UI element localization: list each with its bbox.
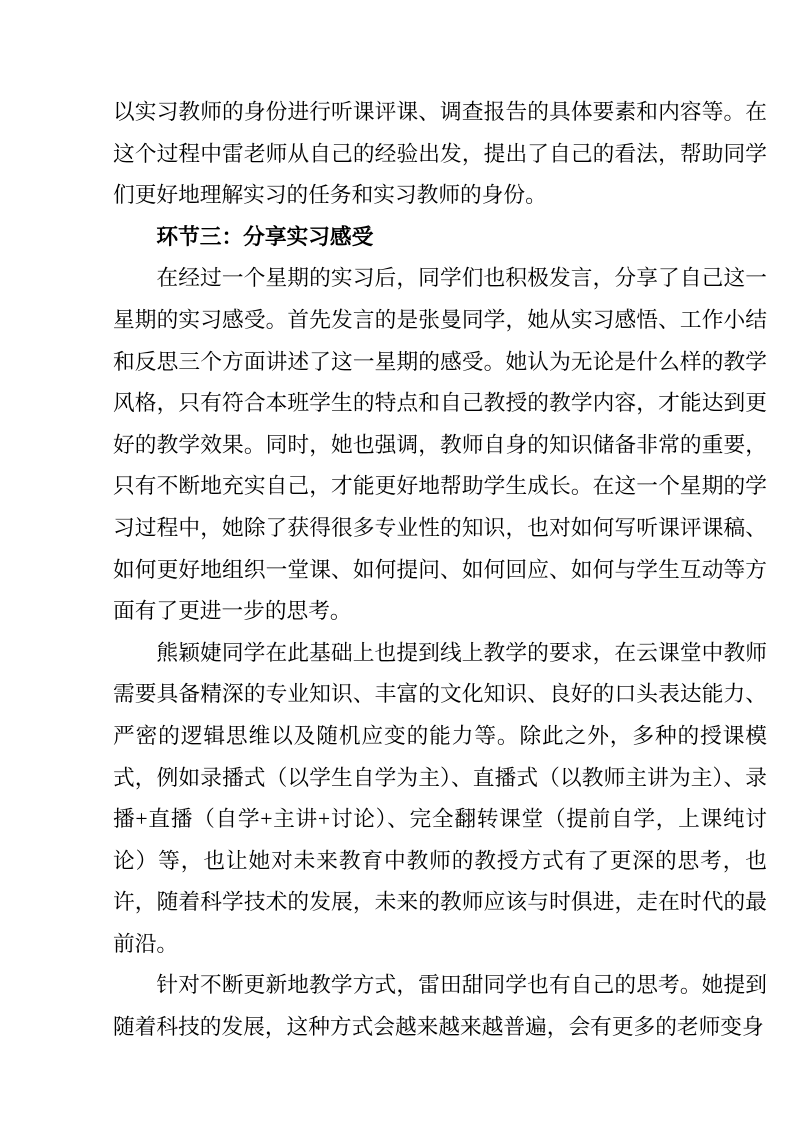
document-page: 以实习教师的身份进行听课评课、调查报告的具体要素和内容等。在这个过程中雷老师从自… (0, 0, 793, 1122)
paragraph: 在经过一个星期的实习后，同学们也积极发言，分享了自己这一星期的实习感受。首先发言… (113, 258, 767, 632)
paragraph: 针对不断更新地教学方式，雷田甜同学也有自己的思考。她提到随着科技的发展，这种方式… (113, 965, 767, 1048)
paragraph: 熊颖婕同学在此基础上也提到线上教学的要求，在云课堂中教师需要具备精深的专业知识、… (113, 633, 767, 966)
paragraph: 以实习教师的身份进行听课评课、调查报告的具体要素和内容等。在这个过程中雷老师从自… (113, 92, 767, 217)
document-body: 以实习教师的身份进行听课评课、调查报告的具体要素和内容等。在这个过程中雷老师从自… (113, 92, 767, 1049)
section-heading: 环节三：分享实习感受 (113, 217, 767, 259)
